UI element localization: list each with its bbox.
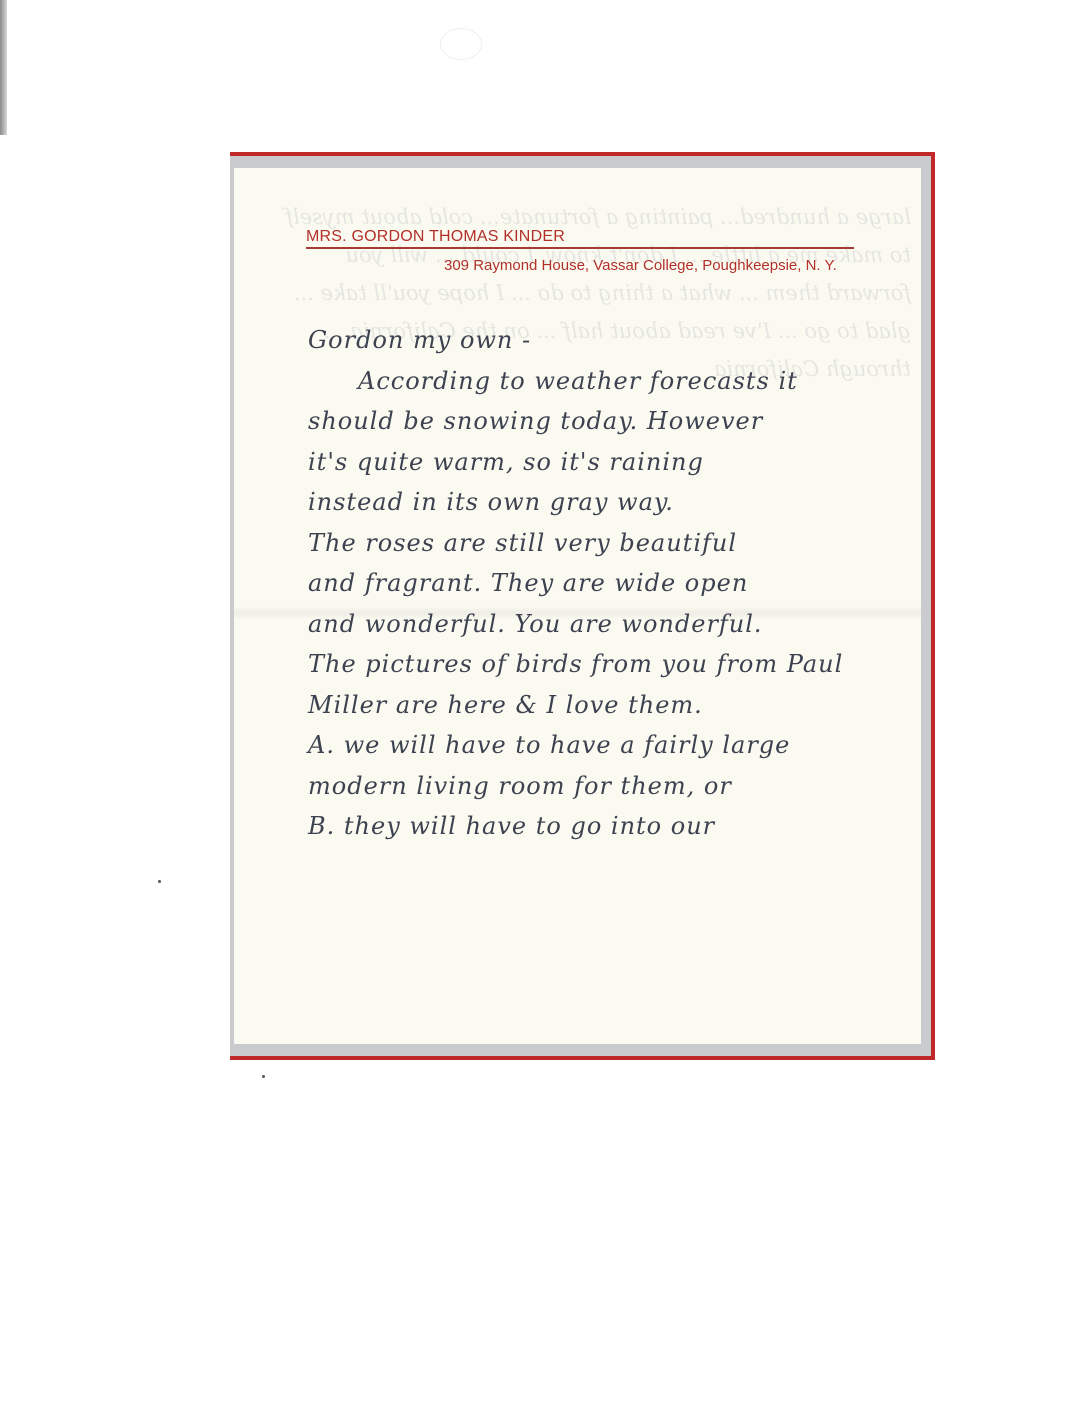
letter-line: A. we will have to have a fairly large — [308, 731, 878, 772]
letter-body: Gordon my own - According to weather for… — [308, 326, 878, 853]
scan-speck — [158, 880, 161, 883]
letter-line: it's quite warm, so it's raining — [308, 448, 878, 489]
letter-line: instead in its own gray way. — [308, 488, 878, 529]
letter-line: modern living room for them, or — [308, 772, 878, 813]
letter-line: and fragrant. They are wide open — [308, 569, 878, 610]
scan-speck — [262, 1075, 265, 1078]
letter-line: should be snowing today. However — [308, 407, 878, 448]
letter-line: and wonderful. You are wonderful. — [308, 610, 878, 651]
letter-sheet: large a hundred... painting a fortunate.… — [230, 152, 935, 1060]
letterhead-rule — [306, 247, 854, 249]
letter-line: According to weather forecasts it — [308, 367, 878, 408]
scan-edge-shadow — [0, 0, 7, 135]
scan-smudge — [440, 28, 482, 60]
letter-line: The roses are still very beautiful — [308, 529, 878, 570]
letter-line: The pictures of birds from you from Paul — [308, 650, 878, 691]
letter-line: Miller are here & I love them. — [308, 691, 878, 732]
letter-line: B. they will have to go into our — [308, 812, 878, 853]
salutation: Gordon my own - — [308, 326, 878, 367]
letterhead-name: MRS. GORDON THOMAS KINDER — [306, 228, 565, 246]
letterhead-address: 309 Raymond House, Vassar College, Pough… — [444, 257, 837, 274]
letter-paper: large a hundred... painting a fortunate.… — [234, 168, 921, 1044]
